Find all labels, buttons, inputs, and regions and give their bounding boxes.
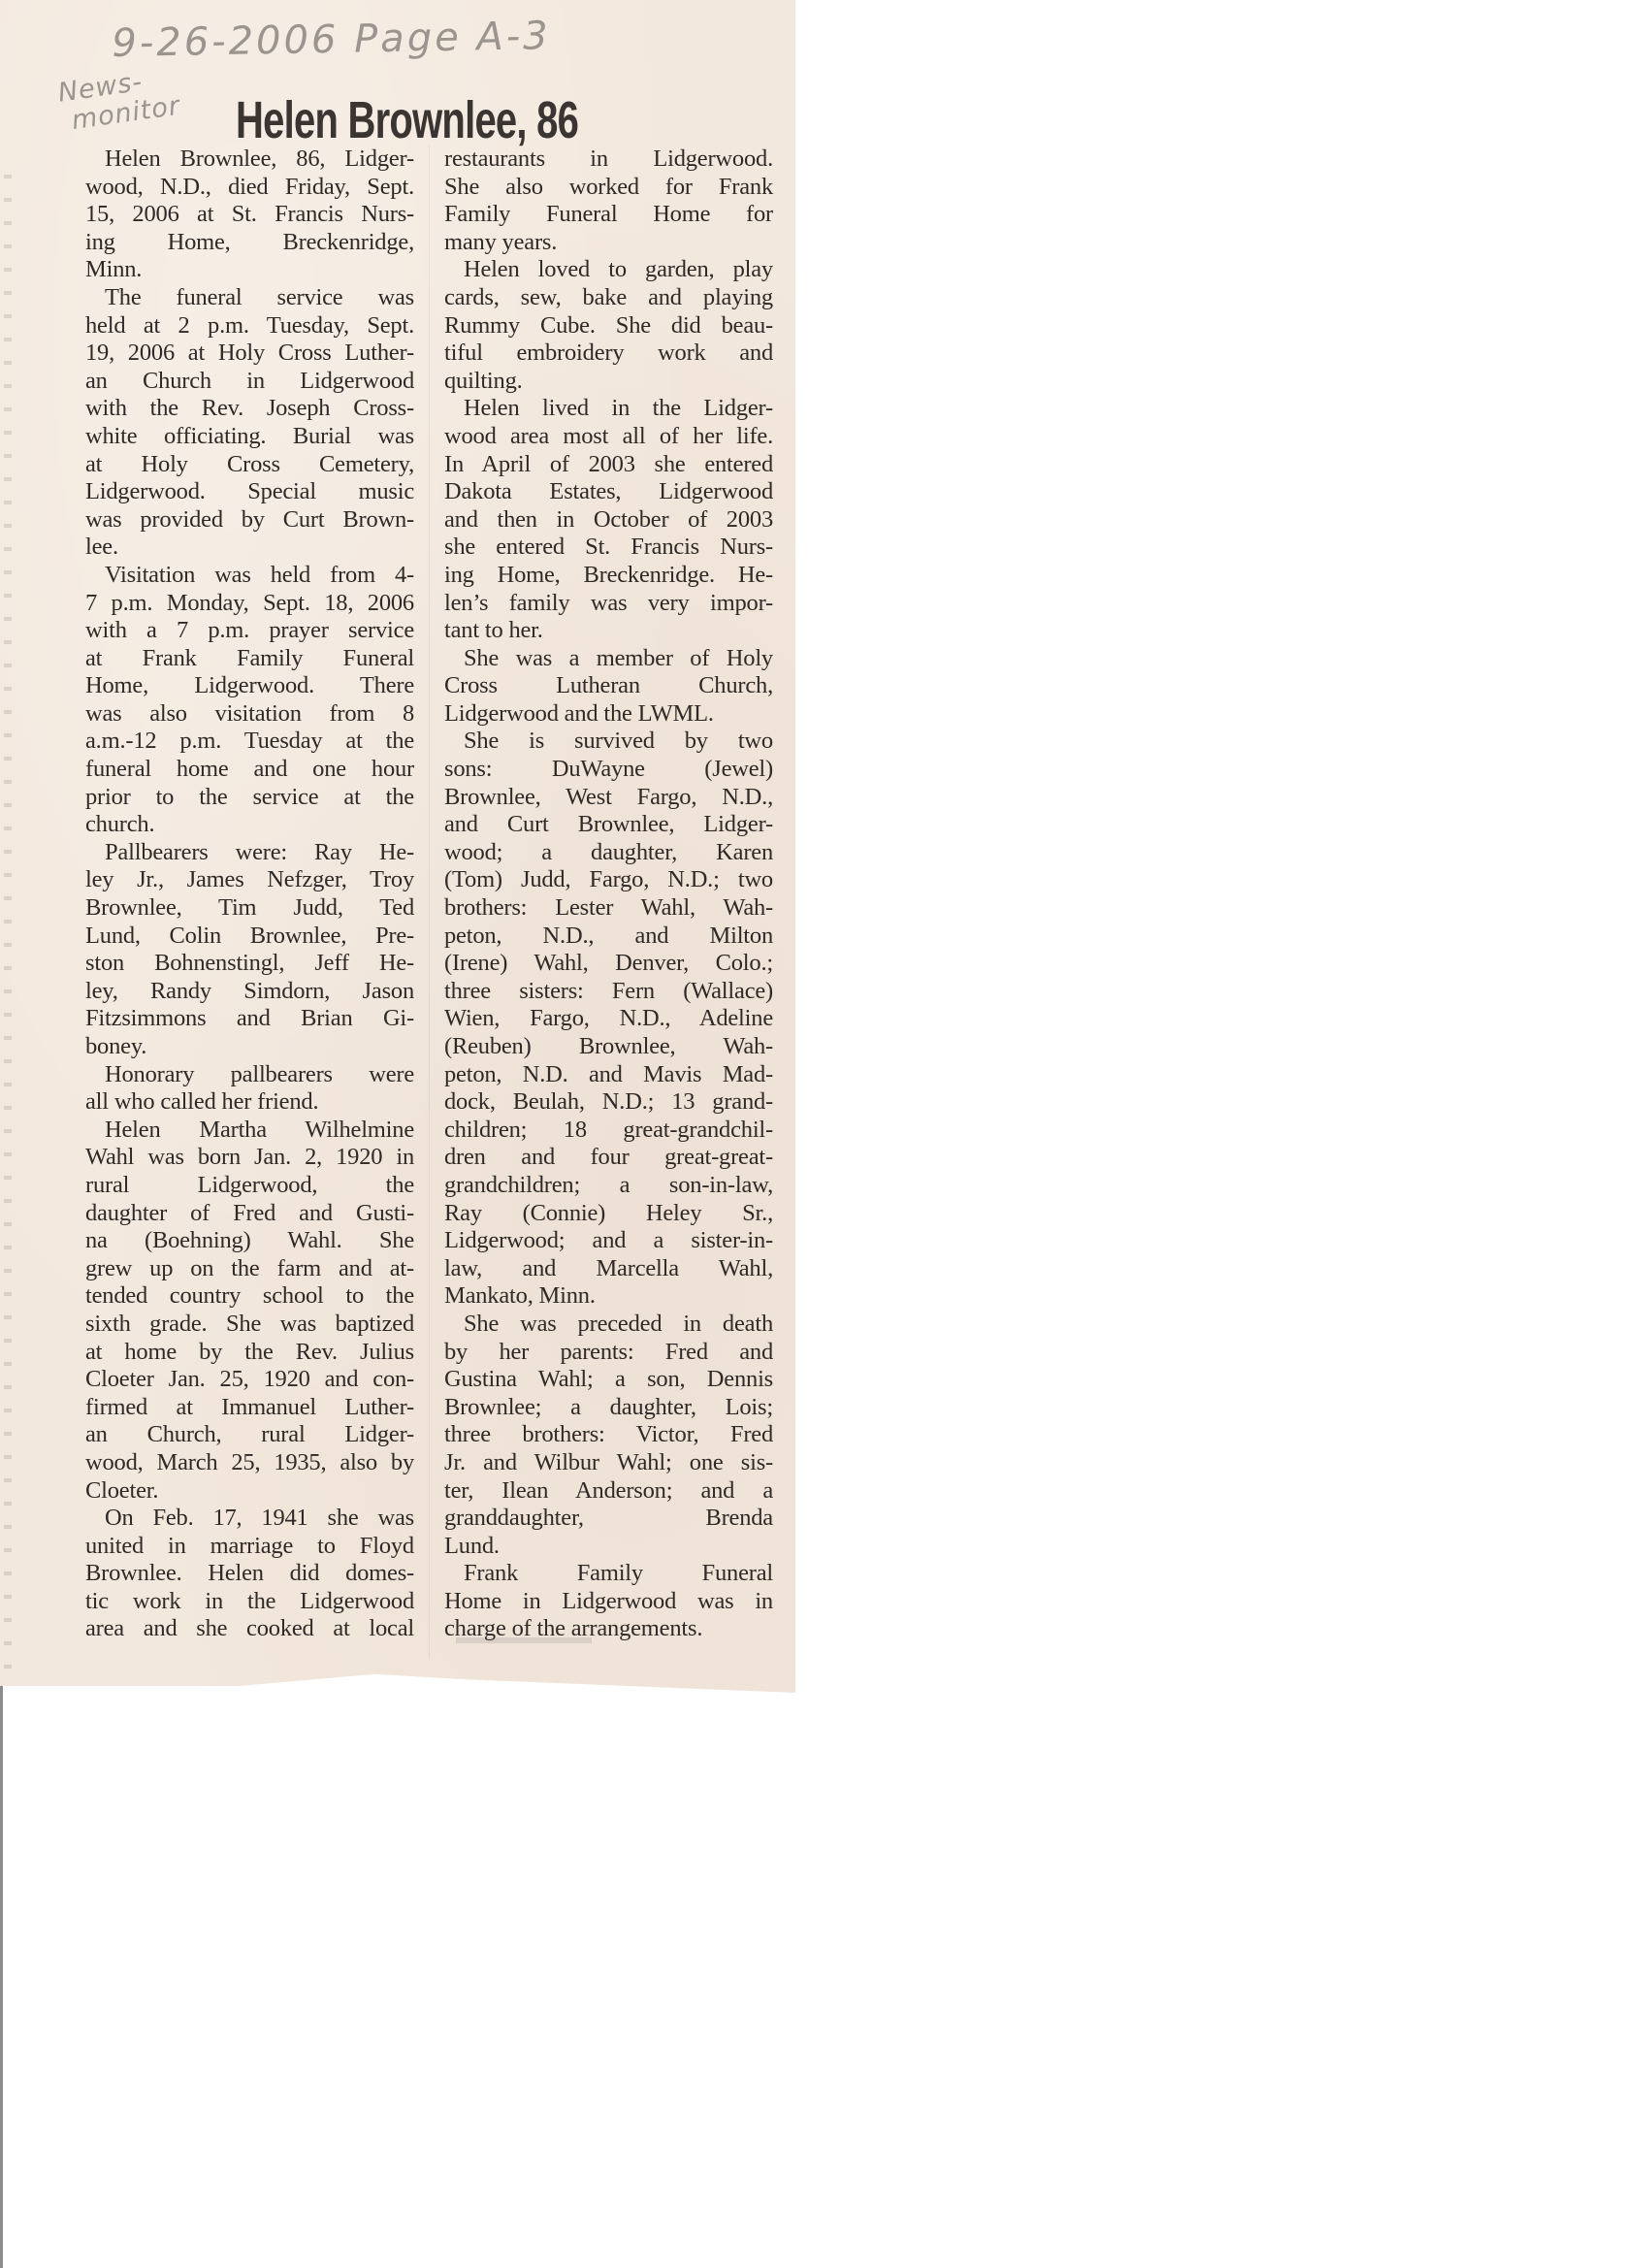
torn-left-edge (4, 175, 12, 1688)
body-text-line: daughter of Fred and Gusti- (85, 1200, 414, 1228)
body-text-line: prior to the service at the (85, 784, 414, 812)
body-text-line: Rummy Cube. She did beau- (444, 312, 773, 340)
body-text-line: an Church in Lidgerwood (85, 368, 414, 396)
body-text-line: many years. (444, 229, 773, 257)
body-text-line: grandchildren; a son-in-law, (444, 1172, 773, 1200)
body-text-line: at home by the Rev. Julius (85, 1339, 414, 1367)
body-text-line: Fitzsimmons and Brian Gi- (85, 1005, 414, 1033)
body-text-line: and Curt Brownlee, Lidger- (444, 811, 773, 839)
body-text-line: Wien, Fargo, N.D., Adeline (444, 1005, 773, 1033)
body-text-line: wood; a daughter, Karen (444, 839, 773, 867)
body-text-line: three brothers: Victor, Fred (444, 1421, 773, 1449)
body-text-line: at Frank Family Funeral (85, 645, 414, 673)
body-text-line: church. (85, 811, 414, 839)
body-text-line: sixth grade. She was baptized (85, 1311, 414, 1339)
body-text-line: Gustina Wahl; a son, Dennis (444, 1366, 773, 1394)
body-text-line: Wahl was born Jan. 2, 1920 in (85, 1144, 414, 1172)
body-text-line: She also worked for Frank (444, 174, 773, 202)
body-text-line: Brownlee, Tim Judd, Ted (85, 894, 414, 923)
body-text-line: (Reuben) Brownlee, Wah- (444, 1033, 773, 1061)
body-text-line: Lidgerwood and the LWML. (444, 700, 773, 729)
body-text-line: Home in Lidgerwood was in (444, 1588, 773, 1616)
body-text-line: at Holy Cross Cemetery, (85, 451, 414, 479)
body-text-line: Honorary pallbearers were (85, 1061, 414, 1089)
body-text-line: Cross Lutheran Church, (444, 672, 773, 700)
body-text-line: with a 7 p.m. prayer service (85, 617, 414, 645)
text-column-left: Helen Brownlee, 86, Lidger-wood, N.D., d… (85, 146, 414, 1643)
body-text-line: Helen Brownlee, 86, Lidger- (85, 146, 414, 174)
body-text-line: a.m.-12 p.m. Tuesday at the (85, 728, 414, 756)
body-text-line: 15, 2006 at St. Francis Nurs- (85, 201, 414, 229)
body-text-line: Pallbearers were: Ray He- (85, 839, 414, 867)
body-text-line: three sisters: Fern (Wallace) (444, 978, 773, 1006)
newspaper-clipping: ▬▬▬▬▬▬▬ 9-26-2006 Page A-3 News- monitor… (0, 0, 795, 1693)
body-text-line: She was preceded in death (444, 1311, 773, 1339)
body-text-line: She was a member of Holy (444, 645, 773, 673)
body-text-line: children; 18 great-grandchil- (444, 1117, 773, 1145)
body-text-line: Lund, Colin Brownlee, Pre- (85, 923, 414, 951)
body-text-line: ley, Randy Simdorn, Jason (85, 978, 414, 1006)
body-text-line: brothers: Lester Wahl, Wah- (444, 894, 773, 923)
body-text-line: was also visitation from 8 (85, 700, 414, 729)
body-text-line: peton, N.D., and Milton (444, 923, 773, 951)
body-text-line: lee. (85, 534, 414, 562)
body-text-line: Lidgerwood; and a sister-in- (444, 1227, 773, 1255)
handwritten-publication-note: News- monitor (56, 63, 182, 137)
body-text-line: dren and four great-great- (444, 1144, 773, 1172)
body-text-line: tant to her. (444, 617, 773, 645)
body-text-line: 19, 2006 at Holy Cross Luther- (85, 340, 414, 368)
body-text-line: ter, Ilean Anderson; and a (444, 1477, 773, 1506)
body-text-line: was provided by Curt Brown- (85, 506, 414, 535)
body-text-line: Lund. (444, 1533, 773, 1561)
body-text-line: all who called her friend. (85, 1088, 414, 1117)
body-text-line: tiful embroidery work and (444, 340, 773, 368)
body-text-line: united in marriage to Floyd (85, 1533, 414, 1561)
body-text-line: Dakota Estates, Lidgerwood (444, 478, 773, 506)
obituary-headline: Helen Brownlee, 86 (236, 91, 578, 149)
body-text-line: Brownlee, West Fargo, N.D., (444, 784, 773, 812)
body-text-line: firmed at Immanuel Luther- (85, 1394, 414, 1422)
body-text-line: Home, Lidgerwood. There (85, 672, 414, 700)
body-text-line: Mankato, Minn. (444, 1282, 773, 1311)
body-text-line: white officiating. Burial was (85, 423, 414, 451)
body-text-line: quilting. (444, 368, 773, 396)
body-text-line: Lidgerwood. Special music (85, 478, 414, 506)
body-text-line: she entered St. Francis Nurs- (444, 534, 773, 562)
scanner-edge-line (0, 1686, 3, 2268)
body-text-line: law, and Marcella Wahl, (444, 1255, 773, 1283)
body-text-line: held at 2 p.m. Tuesday, Sept. (85, 312, 414, 340)
body-text-line: tended country school to the (85, 1282, 414, 1311)
body-text-line: Brownlee; a daughter, Lois; (444, 1394, 773, 1422)
body-text-line: Family Funeral Home for (444, 201, 773, 229)
body-text-line: by her parents: Fred and (444, 1339, 773, 1367)
body-text-line: ley Jr., James Nefzger, Troy (85, 866, 414, 894)
body-text-line: cards, sew, bake and playing (444, 284, 773, 312)
body-text-line: wood, N.D., died Friday, Sept. (85, 174, 414, 202)
body-text-line: Ray (Connie) Heley Sr., (444, 1200, 773, 1228)
body-text-line: area and she cooked at local (85, 1615, 414, 1643)
body-text-line: Brownlee. Helen did domes- (85, 1560, 414, 1588)
body-text-line: ing Home, Breckenridge, (85, 229, 414, 257)
body-text-line: restaurants in Lidgerwood. (444, 146, 773, 174)
body-text-line: The funeral service was (85, 284, 414, 312)
body-text-line: In April of 2003 she entered (444, 451, 773, 479)
body-text-line: ing Home, Breckenridge. He- (444, 562, 773, 590)
body-text-line: Frank Family Funeral (444, 1560, 773, 1588)
body-text-line: funeral home and one hour (85, 756, 414, 784)
column-gutter (429, 146, 430, 1659)
body-text-line: Cloeter. (85, 1477, 414, 1506)
body-text-line: tic work in the Lidgerwood (85, 1588, 414, 1616)
body-text-line: and then in October of 2003 (444, 506, 773, 535)
text-column-right: restaurants in Lidgerwood.She also worke… (444, 146, 773, 1643)
body-text-line: Visitation was held from 4- (85, 562, 414, 590)
body-text-line: 7 p.m. Monday, Sept. 18, 2006 (85, 590, 414, 618)
body-text-line: peton, N.D. and Mavis Mad- (444, 1061, 773, 1089)
body-text-line: boney. (85, 1033, 414, 1061)
body-text-line: (Tom) Judd, Fargo, N.D.; two (444, 866, 773, 894)
handwritten-date-page-note: 9-26-2006 Page A-3 (112, 14, 551, 66)
body-text-line: Jr. and Wilbur Wahl; one sis- (444, 1449, 773, 1477)
body-text-line: (Irene) Wahl, Denver, Colo.; (444, 950, 773, 978)
body-text-line: grew up on the farm and at- (85, 1255, 414, 1283)
body-text-line: an Church, rural Lidger- (85, 1421, 414, 1449)
body-text-line: wood, March 25, 1935, also by (85, 1449, 414, 1477)
body-text-line: wood area most all of her life. (444, 423, 773, 451)
body-text-line: Helen lived in the Lidger- (444, 395, 773, 423)
body-text-line: granddaughter, Brenda (444, 1505, 773, 1533)
body-text-line: dock, Beulah, N.D.; 13 grand- (444, 1088, 773, 1117)
body-text-line: with the Rev. Joseph Cross- (85, 395, 414, 423)
body-text-line: sons: DuWayne (Jewel) (444, 756, 773, 784)
body-text-line: Minn. (85, 256, 414, 284)
body-text-line: len’s family was very impor- (444, 590, 773, 618)
body-text-line: Cloeter Jan. 25, 1920 and con- (85, 1366, 414, 1394)
body-text-line: On Feb. 17, 1941 she was (85, 1505, 414, 1533)
body-text-line: She is survived by two (444, 728, 773, 756)
body-text-line: rural Lidgerwood, the (85, 1172, 414, 1200)
body-text-line: ston Bohnenstingl, Jeff He- (85, 950, 414, 978)
body-text-line: Helen Martha Wilhelmine (85, 1117, 414, 1145)
body-text-line: Helen loved to garden, play (444, 256, 773, 284)
body-text-line: charge of the arrangements. (444, 1615, 773, 1643)
body-text-line: na (Boehning) Wahl. She (85, 1227, 414, 1255)
